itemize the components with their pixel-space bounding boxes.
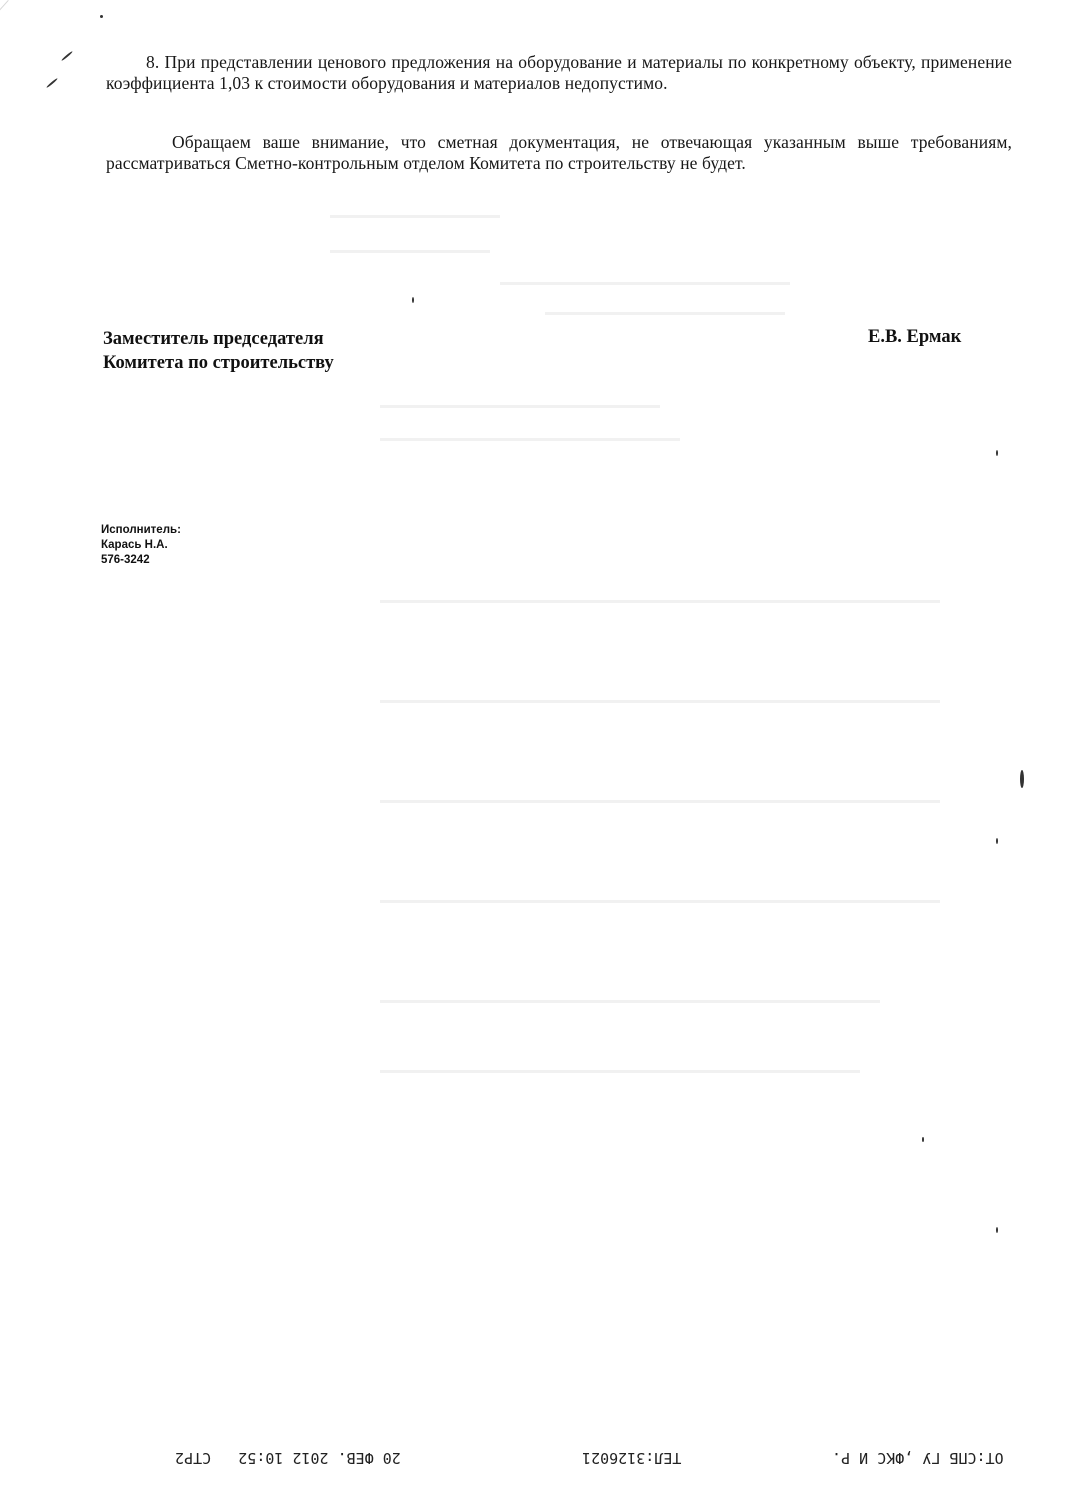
bleed-through-text (500, 282, 790, 285)
paragraph-item-8: 8. При представлении ценового предложени… (106, 52, 1012, 94)
fax-header-tel: ТЕЛ:3126021 (582, 1437, 681, 1467)
scan-speck (100, 15, 103, 18)
executor-phone: 576-3242 (101, 553, 181, 568)
scan-speck (996, 838, 998, 844)
scan-speck (412, 297, 414, 303)
bleed-through-text (380, 1000, 880, 1003)
signatory-name: Е.В. Ермак (868, 327, 961, 348)
scan-speck (996, 1227, 998, 1233)
scan-speck (996, 450, 998, 456)
bleed-through-text (330, 250, 490, 253)
bleed-through-text (330, 215, 500, 218)
executor-block: Исполнитель: Карась Н.А. 576-3242 (101, 523, 181, 568)
bleed-through-text (380, 405, 660, 408)
paragraph-notice: Обращаем ваше внимание, что сметная доку… (106, 132, 1012, 174)
scan-speck (61, 51, 73, 62)
signatory-title-line2: Комитета по строительству (103, 351, 334, 375)
bleed-through-text (380, 700, 940, 703)
bleed-through-text (380, 438, 680, 441)
scan-edge-artifact (0, 0, 9, 105)
executor-name: Карась Н.А. (101, 538, 181, 553)
fax-header-from: ОТ:СПБ ГУ ,ФКС И Р. (832, 1437, 1004, 1467)
scan-speck (46, 78, 58, 89)
scanned-letter-page: 8. При представлении ценового предложени… (0, 0, 1071, 1500)
scan-speck (1020, 770, 1024, 788)
scan-speck (922, 1137, 924, 1142)
bleed-through-text (380, 800, 940, 803)
bleed-through-text (380, 900, 940, 903)
signatory-title: Заместитель председателя Комитета по стр… (103, 327, 334, 375)
bleed-through-text (380, 600, 940, 603)
bleed-through-text (380, 1070, 860, 1073)
signatory-title-line1: Заместитель председателя (103, 327, 334, 351)
fax-header-datetime-page: 20 ФЕВ. 2012 10:52 СТР2 (175, 1437, 401, 1467)
executor-label: Исполнитель: (101, 523, 181, 538)
bleed-through-text (545, 312, 785, 315)
